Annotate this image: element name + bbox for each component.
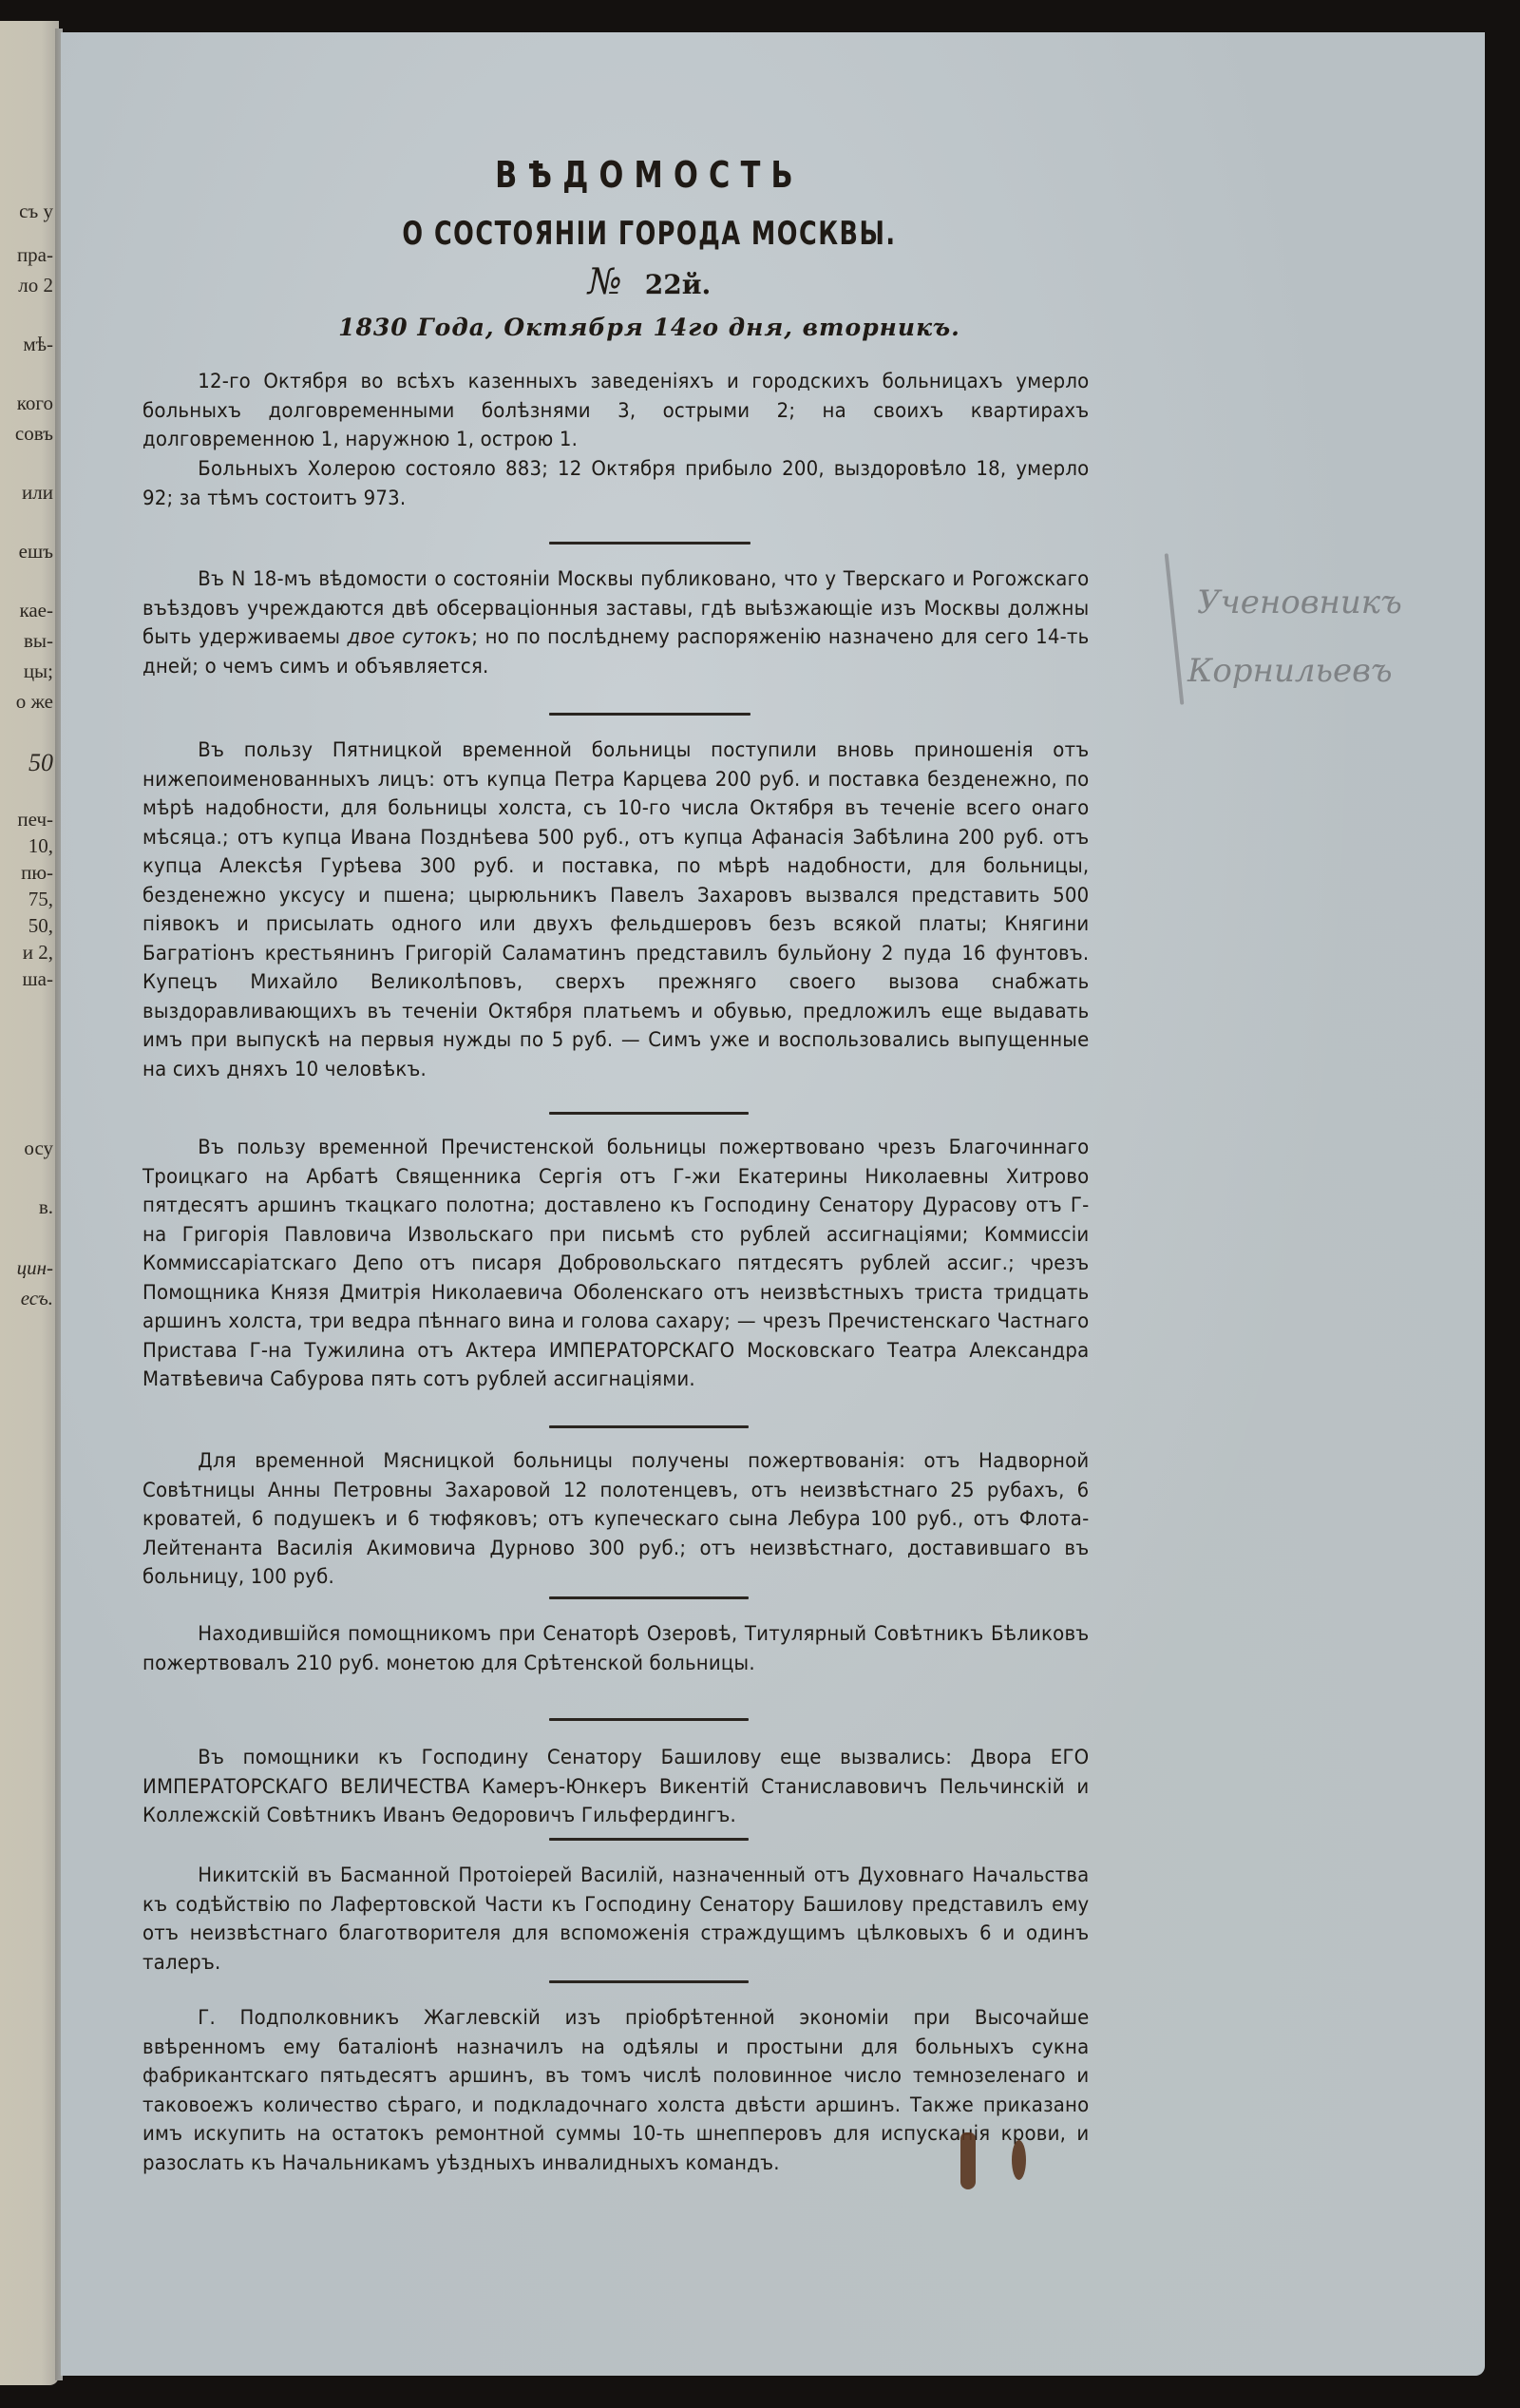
prev-page-fragment: в. <box>39 1197 53 1217</box>
prev-page-fragment: есъ. <box>21 1289 53 1309</box>
prev-page-fragment: совъ <box>15 424 53 444</box>
separator-rule <box>549 1425 749 1428</box>
prev-page-fragment: вы- <box>24 631 53 651</box>
ink-stain <box>960 2132 976 2189</box>
prev-page-fragment: 50 <box>28 751 53 775</box>
separator-rule <box>549 713 750 716</box>
previous-page-edge: съ у пра- ло 2 мѣ- кого совъ или ешъ кае… <box>0 21 59 2385</box>
prev-page-fragment: 75, <box>28 889 53 909</box>
paragraph-belikov-donation: Находившійся помощникомъ при Сенаторѣ Оз… <box>142 1619 1089 1677</box>
prev-page-fragment: ешъ <box>19 542 53 562</box>
prev-page-fragment: кого <box>17 393 53 413</box>
pencil-bracket <box>1165 553 1185 705</box>
separator-rule <box>549 1980 749 1983</box>
paragraph-deaths-report: 12-го Октября во всѣхъ казенныхъ заведен… <box>142 367 1089 454</box>
paragraph-prechistenskaya-hospital: Въ пользу временной Пречистенской больни… <box>142 1133 1089 1394</box>
paragraph-myasnitskaya-hospital: Для временной Мясницкой больницы получен… <box>142 1446 1089 1592</box>
handwritten-note-line2: Корнильевъ <box>1187 652 1393 690</box>
prev-page-fragment: 50, <box>28 916 53 936</box>
paragraph-pyatnitskaya-hospital: Въ пользу Пятницкой временной больницы п… <box>142 736 1089 1083</box>
issue-number-value: 22й. <box>645 269 711 300</box>
prev-page-fragment: пю- <box>21 863 53 883</box>
separator-rule <box>549 1112 749 1115</box>
paragraph-quarantine-notice: Въ N 18-мъ вѣдомости о состояніи Москвы … <box>142 564 1089 680</box>
paragraph-senator-assistants: Въ помощники къ Господину Сенатору Башил… <box>142 1743 1089 1830</box>
prev-page-fragment: ша- <box>23 969 53 989</box>
prev-page-fragment: печ- <box>17 810 53 830</box>
separator-rule <box>549 1596 749 1599</box>
separator-rule <box>549 1838 749 1841</box>
paragraph-archpriest-vasily: Никитскій въ Басманной Протоіерей Василі… <box>142 1861 1089 1977</box>
document-page: ВѢДОМОСТЬ О СОСТОЯНІИ ГОРОДА МОСКВЫ. №22… <box>61 32 1485 2376</box>
emphasis-text: двое сутокъ <box>348 625 472 648</box>
paragraph-zhaglevsky-donation: Г. Подполковникъ Жаглевскій изъ пріобрѣт… <box>142 2003 1089 2177</box>
prev-page-fragment: или <box>22 483 53 503</box>
ink-stain <box>1012 2140 1026 2180</box>
prev-page-fragment: о же <box>16 692 53 712</box>
issue-number: №22й. <box>0 260 1361 302</box>
prev-page-fragment: съ у <box>19 201 53 221</box>
paragraph-cholera-stats: Больныхъ Холерою состояло 883; 12 Октябр… <box>142 454 1089 512</box>
handwritten-note-line1: Ученовникъ <box>1197 583 1402 621</box>
separator-rule <box>549 1718 749 1721</box>
prev-page-fragment: цы; <box>24 661 53 681</box>
document-title: ВѢДОМОСТЬ <box>80 154 1219 196</box>
prev-page-fragment: осу <box>24 1138 53 1158</box>
prev-page-fragment: и 2, <box>23 943 53 963</box>
document-subtitle: О СОСТОЯНІИ ГОРОДА МОСКВЫ. <box>115 215 1183 253</box>
prev-page-fragment: цин- <box>17 1258 53 1278</box>
prev-page-fragment: кае- <box>19 601 53 621</box>
number-sign: № <box>588 260 622 302</box>
date-line: 1830 Года, Октября 14го дня, вторникъ. <box>0 314 1361 341</box>
prev-page-fragment: 10, <box>28 836 53 856</box>
separator-rule <box>549 542 750 545</box>
